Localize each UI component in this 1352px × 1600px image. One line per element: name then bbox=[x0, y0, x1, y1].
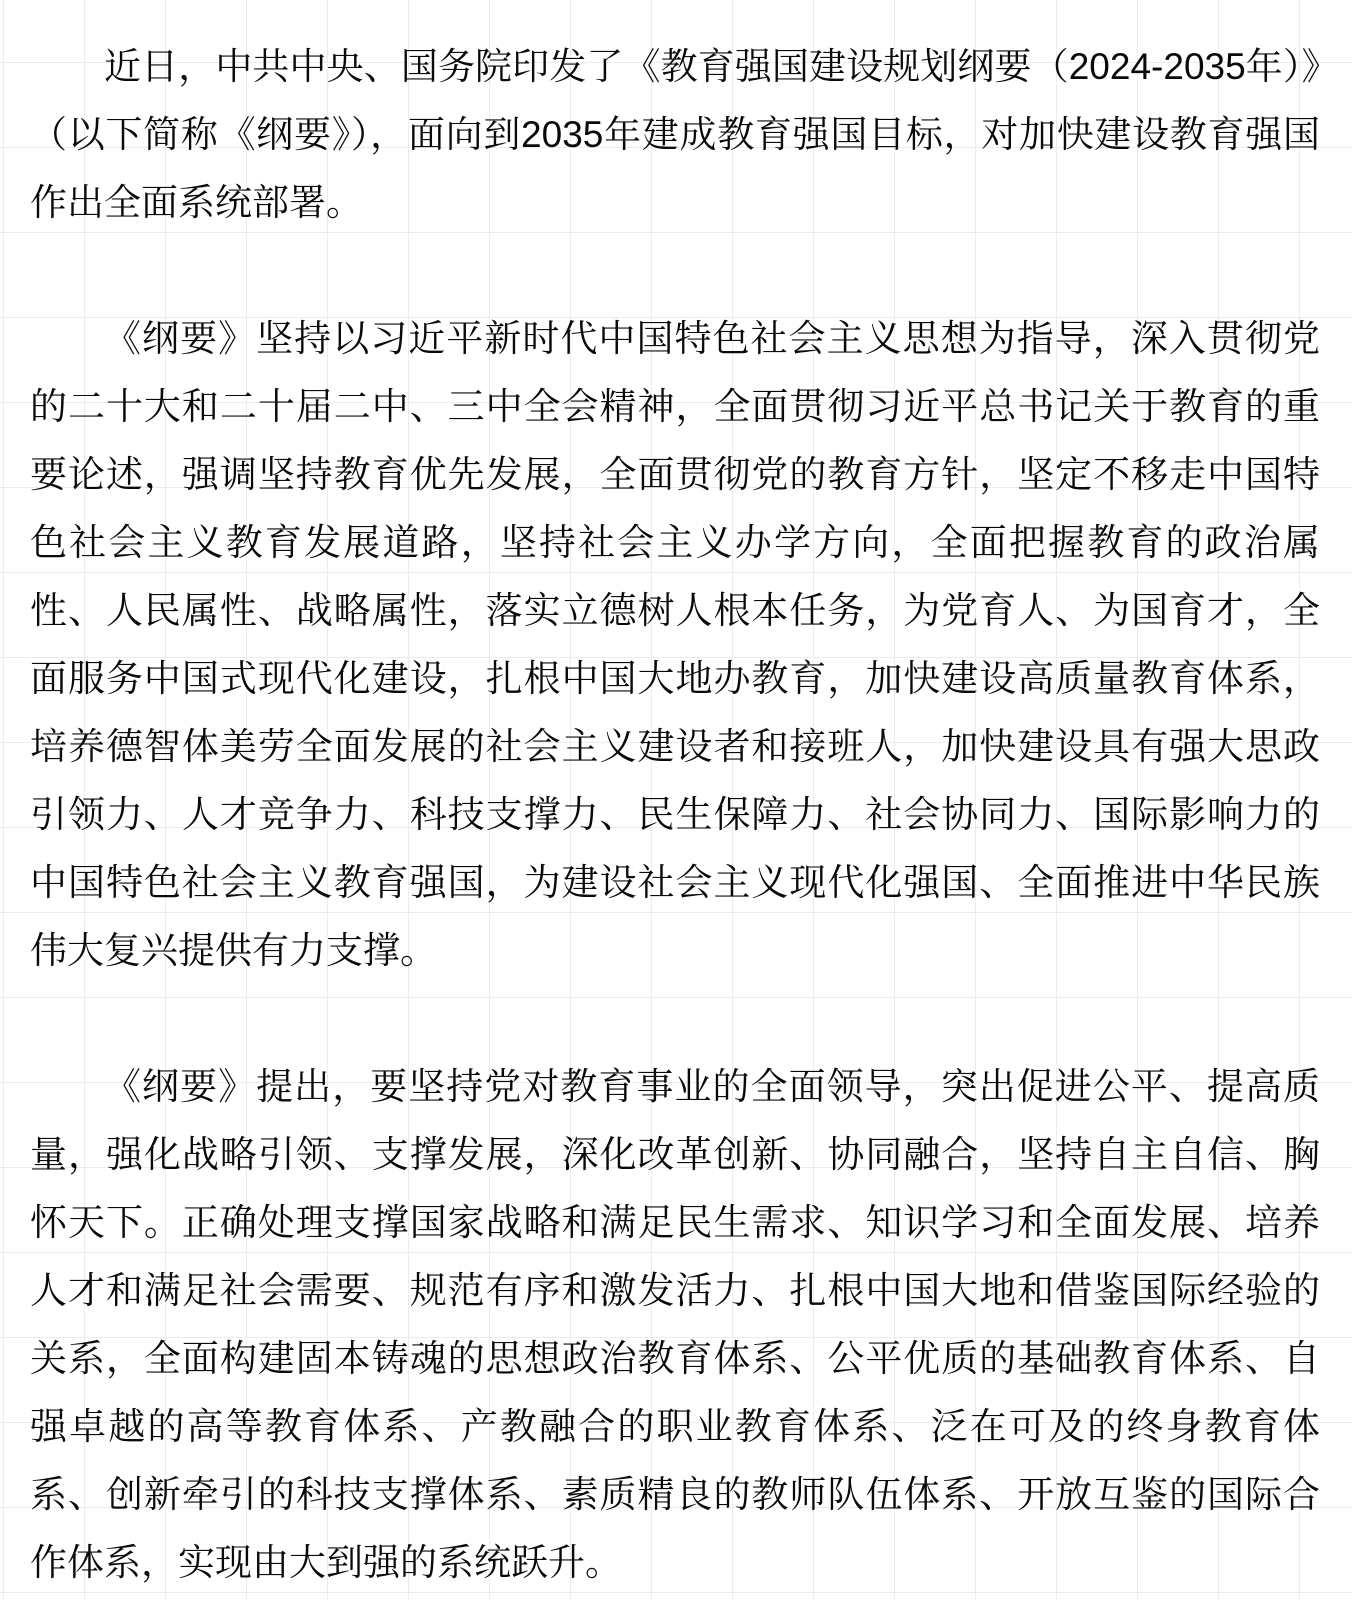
paragraph-proposals: 《纲要》提出，要坚持党对教育事业的全面领导，突出促进公平、提高质量，强化战略引领… bbox=[30, 1053, 1320, 1597]
paragraph-intro: 近日，中共中央、国务院印发了《教育强国建设规划纲要（2024-2035年）》（以… bbox=[30, 33, 1320, 237]
page: { "page": { "background_color": "#ffffff… bbox=[0, 0, 1352, 1600]
paragraph-guiding-ideology: 《纲要》坚持以习近平新时代中国特色社会主义思想为指导，深入贯彻党的二十大和二十届… bbox=[30, 305, 1320, 985]
document-body: 近日，中共中央、国务院印发了《教育强国建设规划纲要（2024-2035年）》（以… bbox=[0, 0, 1352, 1597]
